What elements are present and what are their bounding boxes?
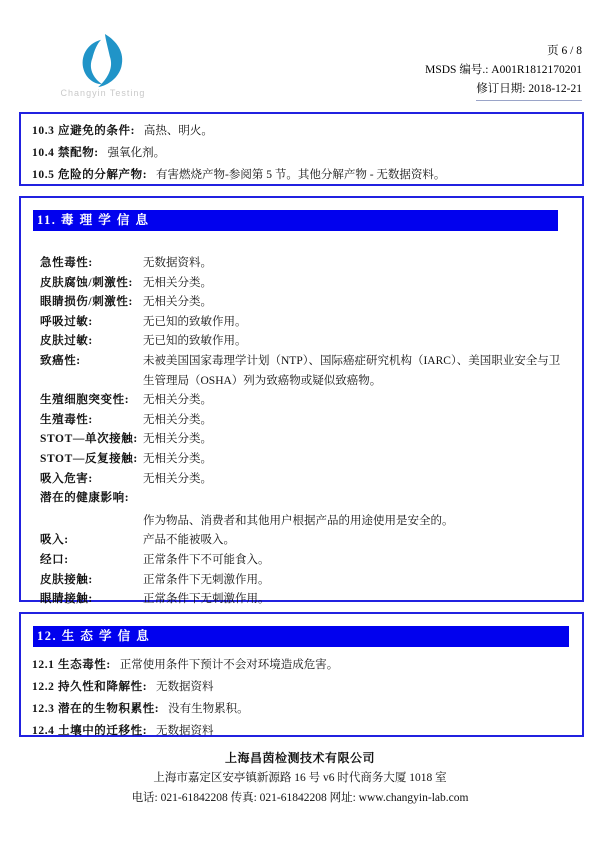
field-row: 吸入: 产品不能被吸入。 [21, 531, 582, 551]
field-value: 无数据资料 [156, 681, 214, 693]
field-row: 皮肤腐蚀/刺激性: 无相关分类。 [21, 274, 582, 294]
field-row: 呼吸过敏: 无已知的致敏作用。 [21, 313, 582, 333]
document-header-meta: 页 6 / 8 MSDS 编号.: A001R1812170201 修订日期: … [425, 42, 582, 101]
field-label: 急性毒性: [21, 254, 143, 274]
field-row: 生殖细胞突变性: 无相关分类。 [21, 391, 582, 411]
field-label: 10.5 危险的分解产物: [32, 169, 147, 181]
field-label: 致癌性: [21, 352, 143, 391]
page-number: 页 6 / 8 [425, 42, 582, 61]
field-label: STOT—单次接触: [21, 430, 143, 450]
field-row: 急性毒性: 无数据资料。 [21, 254, 582, 274]
field-value: 高热、明火。 [144, 125, 213, 137]
field-label: 12.3 潜在的生物积累性: [32, 703, 159, 715]
field-row: 吸入危害: 无相关分类。 [21, 470, 582, 490]
field-row: 潜在的健康影响: [21, 489, 582, 509]
field-label: 眼睛损伤/刺激性: [21, 293, 143, 313]
company-address: 上海市嘉定区安亭镇新源路 16 号 v6 时代商务大厦 1018 室 [0, 768, 600, 788]
field-label: 生殖毒性: [21, 411, 143, 431]
field-row: 皮肤过敏: 无已知的致敏作用。 [21, 332, 582, 352]
field-value: 无数据资料。 [143, 254, 582, 274]
field-value: 正常条件下不可能食入。 [143, 551, 582, 571]
field-row: 皮肤接触: 正常条件下无刺激作用。 [21, 571, 582, 591]
field-label: 皮肤过敏: [21, 332, 143, 352]
field-value: 无相关分类。 [143, 430, 582, 450]
field-value: 产品不能被吸入。 [143, 531, 582, 551]
logo-swoosh-icon [74, 34, 132, 90]
field-row: STOT—反复接触: 无相关分类。 [21, 450, 582, 470]
field-row: 生殖毒性: 无相关分类。 [21, 411, 582, 431]
field-label [21, 512, 143, 532]
section-11-rows: 急性毒性: 无数据资料。 皮肤腐蚀/刺激性: 无相关分类。 眼睛损伤/刺激性: … [21, 254, 582, 610]
field-label: 吸入危害: [21, 470, 143, 490]
field-value: 正常条件下无刺激作用。 [143, 590, 582, 610]
field-label: 12.2 持久性和降解性: [32, 681, 147, 693]
field-label: 潜在的健康影响: [21, 489, 143, 509]
revision-date: 修订日期: 2018-12-21 [476, 80, 582, 101]
field-label: 12.4 土壤中的迁移性: [32, 725, 147, 737]
field-value: 未被美国国家毒理学计划（NTP）、国际癌症研究机构（IARC）、美国职业安全与卫… [143, 352, 582, 391]
logo-caption: Changyin Testing [48, 88, 158, 98]
field-value: 无相关分类。 [143, 450, 582, 470]
section-10-box: 10.3 应避免的条件: 高热、明火。 10.4 禁配物: 强氧化剂。 10.5… [19, 112, 584, 186]
field-value: 没有生物累积。 [168, 703, 249, 715]
field-label: STOT—反复接触: [21, 450, 143, 470]
field-value: 无相关分类。 [143, 411, 582, 431]
field-row: 12.3 潜在的生物积累性: 没有生物累积。 [32, 698, 582, 720]
field-row: 致癌性: 未被美国国家毒理学计划（NTP）、国际癌症研究机构（IARC）、美国职… [21, 352, 582, 391]
field-value: 无数据资料 [156, 725, 214, 737]
field-label: 眼睛接触: [21, 590, 143, 610]
field-label: 皮肤腐蚀/刺激性: [21, 274, 143, 294]
field-value: 有害燃烧产物-参阅第 5 节。其他分解产物 - 无数据资料。 [156, 169, 445, 181]
field-row: 经口: 正常条件下不可能食入。 [21, 551, 582, 571]
field-label: 呼吸过敏: [21, 313, 143, 333]
field-value: 无相关分类。 [143, 470, 582, 490]
field-value: 无相关分类。 [143, 293, 582, 313]
field-value: 强氧化剂。 [108, 147, 166, 159]
company-contact: 电话: 021-61842208 传真: 021-61842208 网址: ww… [0, 788, 600, 808]
field-value: 作为物品、消费者和其他用户根据产品的用途使用是安全的。 [143, 512, 582, 532]
field-label: 10.3 应避免的条件: [32, 125, 135, 137]
company-name: 上海昌茵检测技术有限公司 [0, 748, 600, 768]
field-value: 无相关分类。 [143, 274, 582, 294]
section-12-box: 12. 生 态 学 信 息 12.1 生态毒性: 正常使用条件下预计不会对环境造… [19, 612, 584, 737]
field-value: 无已知的致敏作用。 [143, 332, 582, 352]
document-footer: 上海昌茵检测技术有限公司 上海市嘉定区安亭镇新源路 16 号 v6 时代商务大厦… [0, 748, 600, 808]
field-row: 10.5 危险的分解产物: 有害燃烧产物-参阅第 5 节。其他分解产物 - 无数… [32, 164, 582, 186]
section-11-box: 11. 毒 理 学 信 息 急性毒性: 无数据资料。 皮肤腐蚀/刺激性: 无相关… [19, 196, 584, 602]
field-label: 皮肤接触: [21, 571, 143, 591]
field-label: 10.4 禁配物: [32, 147, 99, 159]
field-value: 正常条件下无刺激作用。 [143, 571, 582, 591]
field-row: 10.3 应避免的条件: 高热、明火。 [32, 120, 582, 142]
field-value [143, 489, 582, 509]
msds-page: Changyin Testing 页 6 / 8 MSDS 编号.: A001R… [0, 0, 600, 848]
msds-number: MSDS 编号.: A001R1812170201 [425, 61, 582, 80]
field-label: 吸入: [21, 531, 143, 551]
section-12-title-bar: 12. 生 态 学 信 息 [33, 626, 569, 647]
field-label: 12.1 生态毒性: [32, 659, 111, 671]
field-row: 眼睛接触: 正常条件下无刺激作用。 [21, 590, 582, 610]
field-value: 无相关分类。 [143, 391, 582, 411]
field-value: 正常使用条件下预计不会对环境造成危害。 [120, 659, 339, 671]
field-label: 生殖细胞突变性: [21, 391, 143, 411]
field-row: 12.1 生态毒性: 正常使用条件下预计不会对环境造成危害。 [32, 654, 582, 676]
field-row: 12.2 持久性和降解性: 无数据资料 [32, 676, 582, 698]
company-logo: Changyin Testing [48, 34, 158, 98]
field-row: 作为物品、消费者和其他用户根据产品的用途使用是安全的。 [21, 512, 582, 532]
field-row: STOT—单次接触: 无相关分类。 [21, 430, 582, 450]
field-row: 眼睛损伤/刺激性: 无相关分类。 [21, 293, 582, 313]
field-row: 10.4 禁配物: 强氧化剂。 [32, 142, 582, 164]
field-label: 经口: [21, 551, 143, 571]
section-12-rows: 12.1 生态毒性: 正常使用条件下预计不会对环境造成危害。 12.2 持久性和… [32, 654, 582, 742]
section-11-title-bar: 11. 毒 理 学 信 息 [33, 210, 558, 231]
field-row: 12.4 土壤中的迁移性: 无数据资料 [32, 720, 582, 742]
field-value: 无已知的致敏作用。 [143, 313, 582, 333]
